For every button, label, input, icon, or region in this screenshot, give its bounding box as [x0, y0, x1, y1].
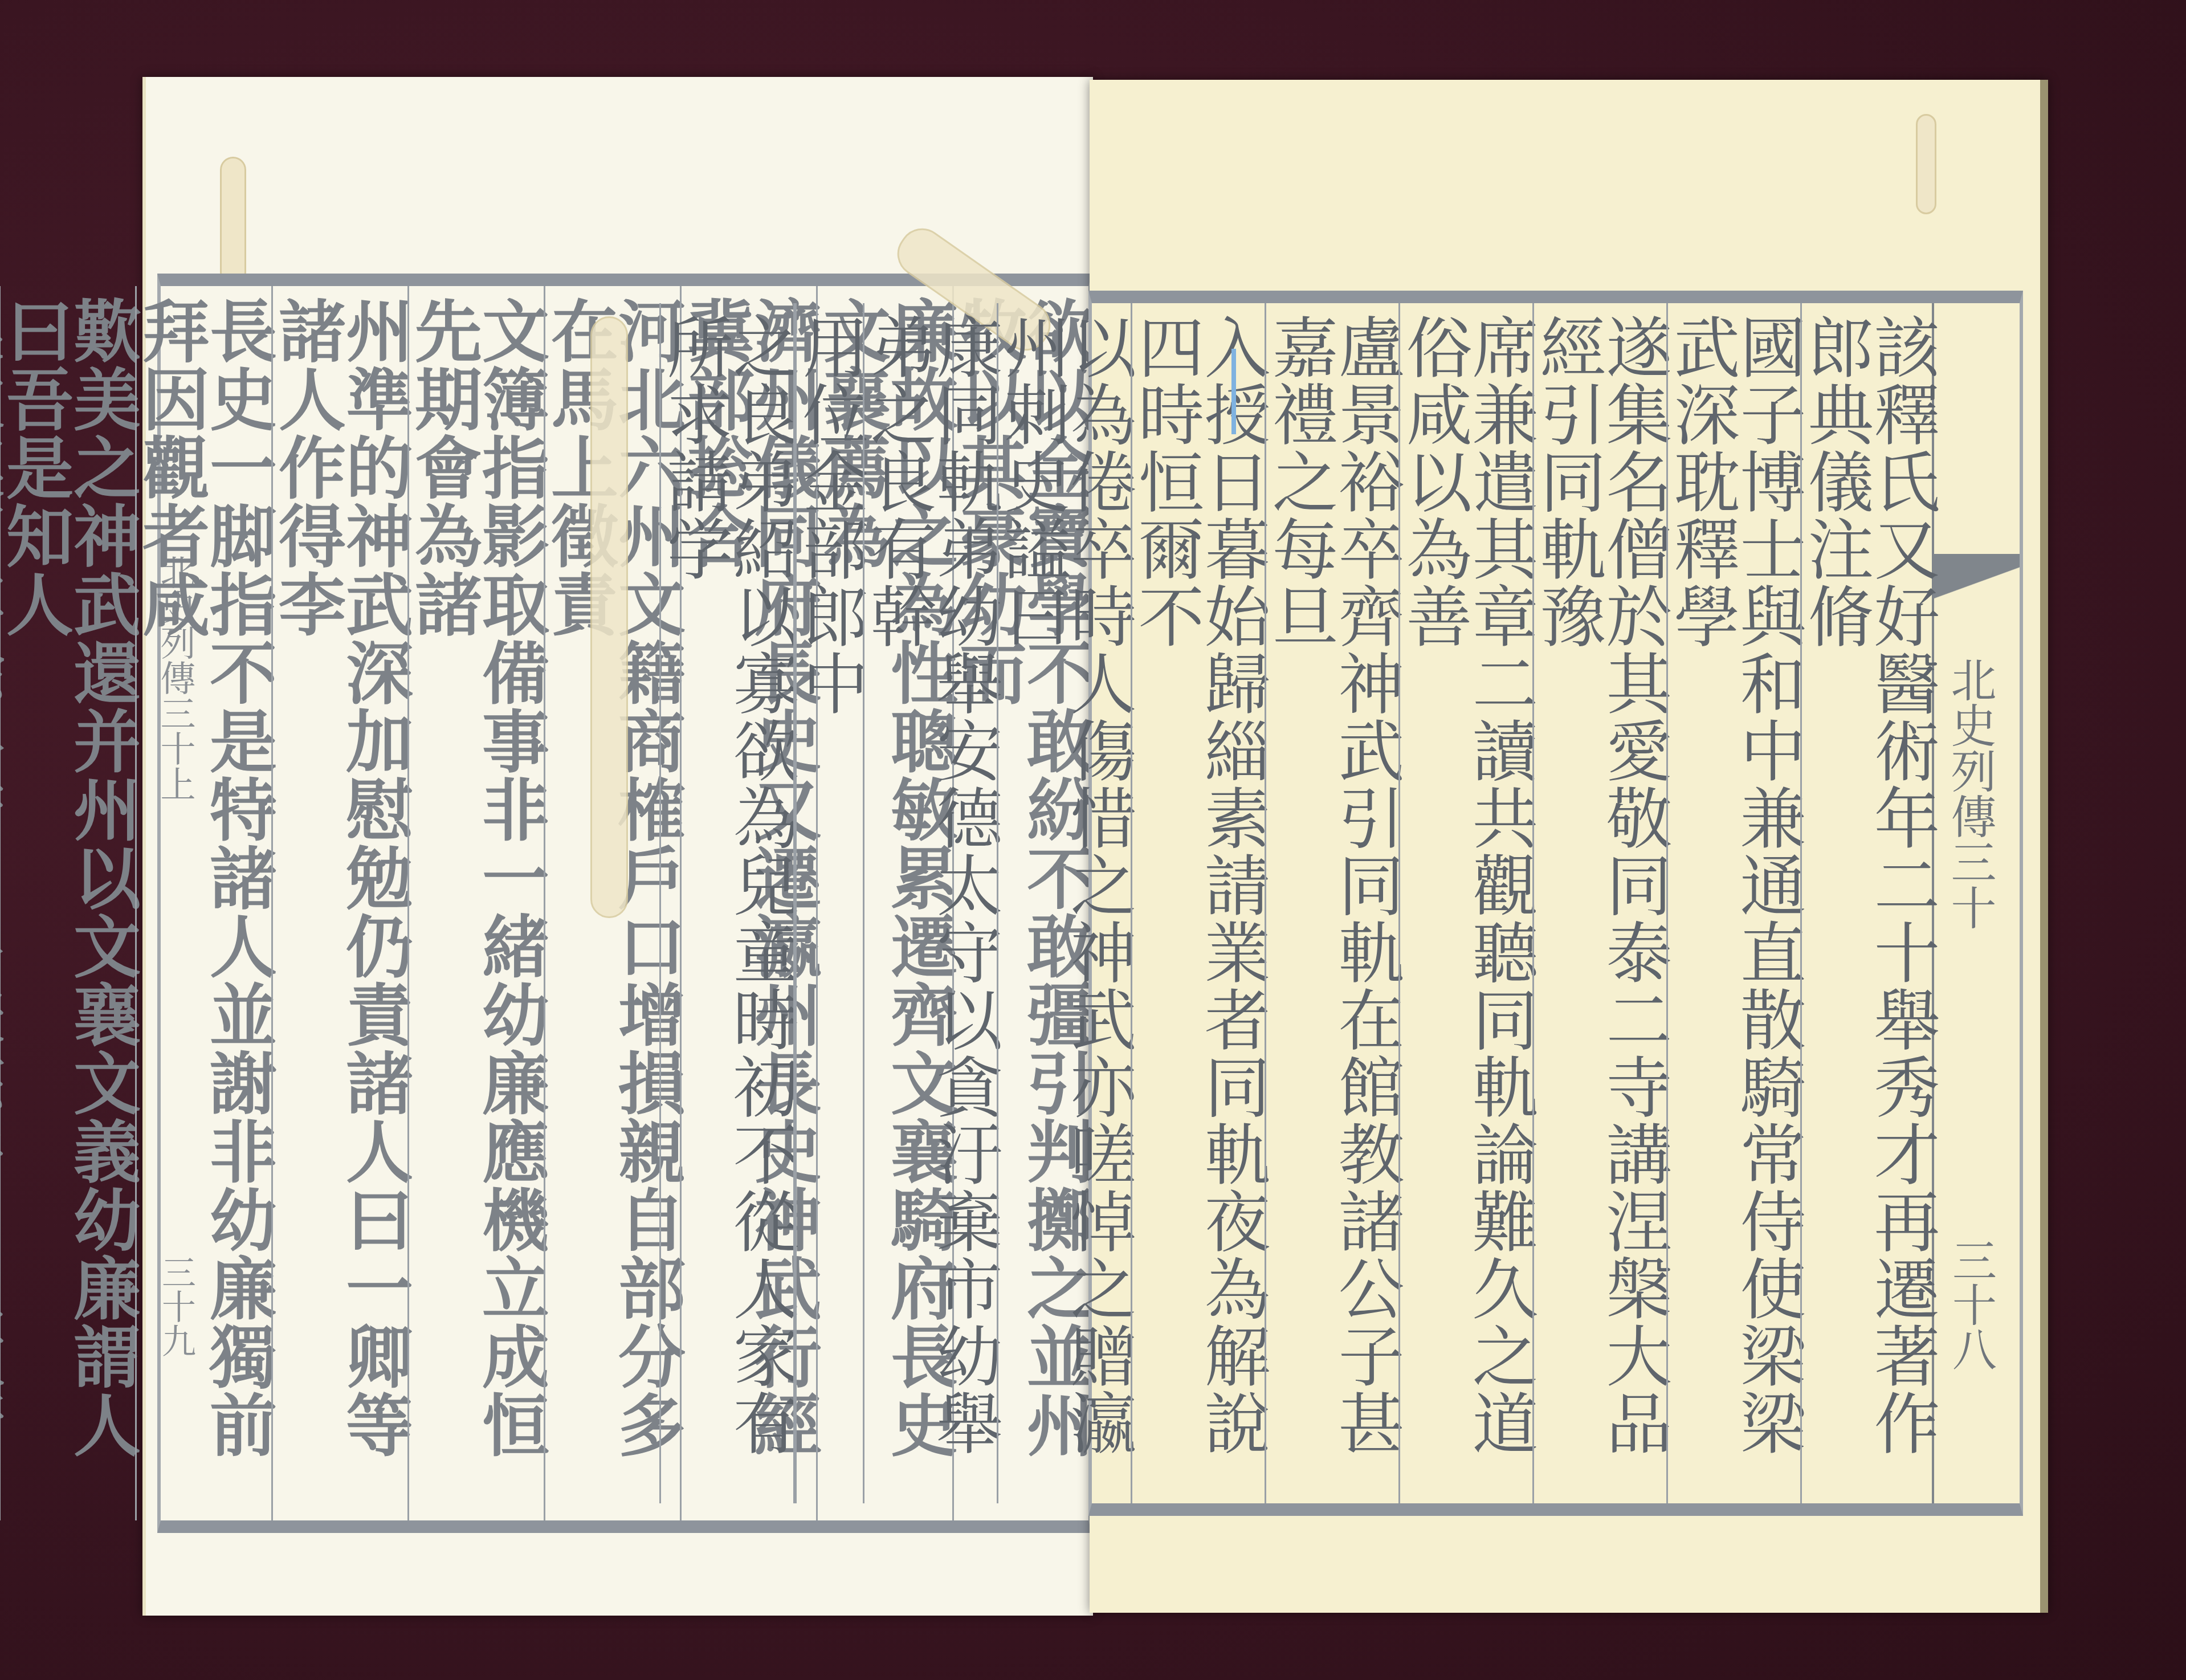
wormhole-damage [1916, 114, 1936, 214]
text-column: 以為倦卒時人傷惜之神武亦嗟悼之贈瀛州刺史謚曰 [997, 303, 1131, 1503]
text-column: 之良弟紹以寡欲為兒童時初不從人家有所求請学 [659, 303, 793, 1503]
text-column: 文簿指影取備事非一緒幼廉應機立成恒先期會為諸 [407, 286, 544, 1520]
fold-margin: 北史列傳三十 三十八 [1932, 303, 2020, 1503]
text-column: 用位金部郎中 [795, 303, 863, 1503]
blue-ink-mark [1231, 349, 1236, 434]
wormhole-damage [220, 157, 246, 286]
text-column: 入授日暮始歸緇素請業者同軌夜為解說四時恒爾不 [1131, 303, 1265, 1503]
fold-title: 北史列傳三十 [1937, 656, 2003, 930]
right-page: 北史列傳三十 三十八 該釋氏又好醫術年二十舉秀才再遷著作郎典儀注脩 國子博士與和… [1090, 80, 2048, 1613]
text-column: 席兼遣其章二讀共觀聽同軌論難久之道俗咸以為善 [1398, 303, 1532, 1503]
book-scan: 北史列傳三十上 三十九 欲以金寶學不敢紛不敢彊引判擲之並州牧以其豪幼而 廉故以之… [0, 0, 2186, 1680]
text-column: 盧景裕卒齊神武引同軌在館教諸公子甚嘉禮之每旦 [1265, 303, 1398, 1503]
text-column: 遂集名僧於其愛敬同泰二寺講涅槃大品經引同軌豫 [1532, 303, 1666, 1503]
wormhole-damage [590, 316, 628, 918]
right-text-frame: 北史列傳三十 三十八 該釋氏又好醫術年二十舉秀才再遷著作郎典儀注脩 國子博士與和… [1088, 291, 2023, 1516]
right-columns: 該釋氏又好醫術年二十舉秀才再遷著作郎典儀注脩 國子博士與和中兼通直散騎常侍使梁梁… [1092, 303, 1934, 1503]
text-column: 康同軌弟幼舉安德太守以貪汙棄市幼舉弟之良有幹 [863, 303, 997, 1503]
text-column: 國子博士與和中兼通直散騎常侍使梁梁武深耽釋學 [1666, 303, 1800, 1503]
text-column: 長史一脚指不是特諸人並謝非幼廉獨前拜因觀者咸 [135, 286, 271, 1520]
fold-page-number: 三十八 [1939, 1238, 2003, 1371]
fish-tail-mark [1934, 554, 2020, 611]
text-column: 該釋氏又好醫術年二十舉秀才再遷著作郎典儀注脩 [1800, 303, 1934, 1503]
text-column: 歎美之神武還并州以文襄文義幼廉謂人曰吾是知人 [0, 286, 135, 1520]
text-column: 州準的神武深加慰勉仍責諸人曰一卿等諸人作得李 [271, 286, 407, 1520]
